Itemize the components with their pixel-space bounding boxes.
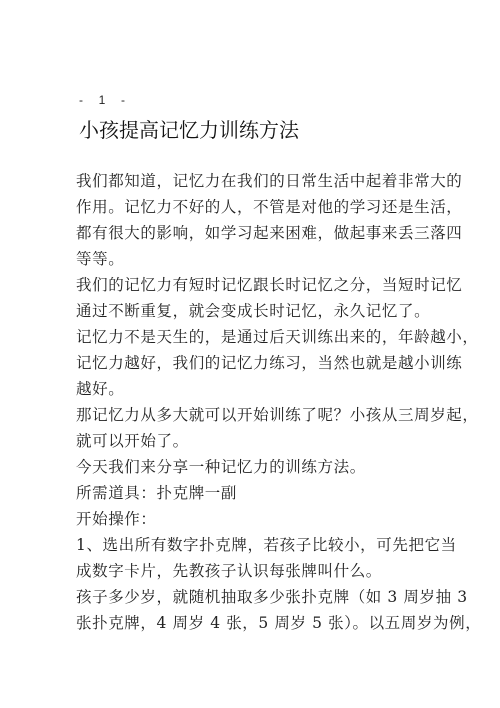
document-body: 我们都知道，记忆力在我们的日常生活中起着非常大的 作用。记忆力不好的人，不管是对… <box>76 168 496 636</box>
body-line: 等等。 <box>76 246 496 272</box>
body-line: 今天我们来分享一种记忆力的训练方法。 <box>76 454 496 480</box>
page-number: - 1 - <box>79 93 128 107</box>
document-title: 小孩提高记忆力训练方法 <box>79 114 299 143</box>
body-line: 孩子多少岁，就随机抽取多少张扑克牌（如 3 周岁抽 3 <box>76 584 496 610</box>
body-line: 就可以开始了。 <box>76 428 496 454</box>
body-line: 我们的记忆力有短时记忆跟长时记忆之分，当短时记忆 <box>76 272 496 298</box>
body-line: 越好。 <box>76 376 496 402</box>
body-line: 开始操作： <box>76 506 496 532</box>
body-line: 通过不断重复，就会变成长时记忆，永久记忆了。 <box>76 298 496 324</box>
body-line: 1、选出所有数字扑克牌，若孩子比较小，可先把它当 <box>76 532 496 558</box>
body-line: 张扑克牌，4 周岁 4 张，5 周岁 5 张）。以五周岁为例， <box>76 610 496 636</box>
body-line: 作用。记忆力不好的人，不管是对他的学习还是生活， <box>76 194 496 220</box>
body-line: 所需道具：扑克牌一副 <box>76 480 496 506</box>
body-line: 记忆力不是天生的，是通过后天训练出来的，年龄越小， <box>76 324 496 350</box>
document-page: - 1 - 小孩提高记忆力训练方法 我们都知道，记忆力在我们的日常生活中起着非常… <box>0 0 500 708</box>
body-line: 那记忆力从多大就可以开始训练了呢？小孩从三周岁起， <box>76 402 496 428</box>
body-line: 成数字卡片，先教孩子认识每张牌叫什么。 <box>76 558 496 584</box>
body-line: 我们都知道，记忆力在我们的日常生活中起着非常大的 <box>76 168 496 194</box>
body-line: 都有很大的影响，如学习起来困难，做起事来丢三落四 <box>76 220 496 246</box>
body-line: 记忆力越好，我们的记忆力练习，当然也就是越小训练 <box>76 350 496 376</box>
